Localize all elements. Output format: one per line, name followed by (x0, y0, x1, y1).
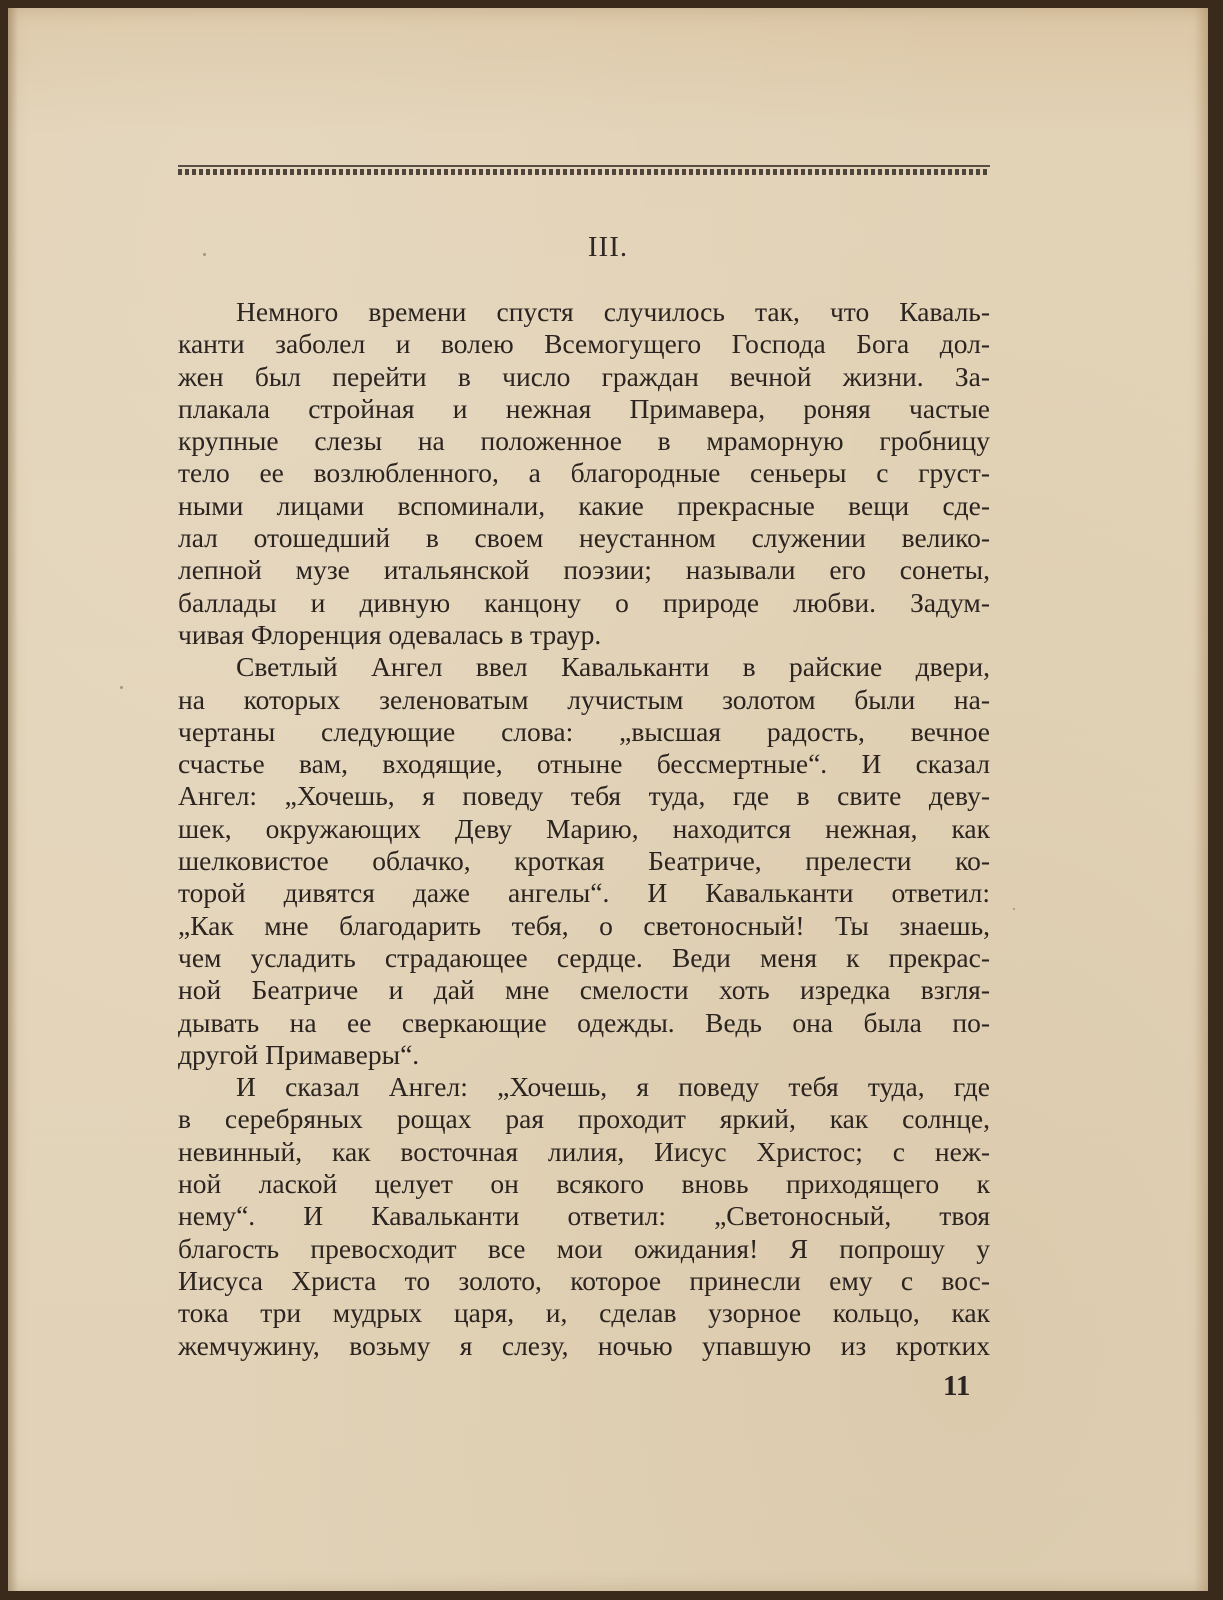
text-line: ной Беатриче и дай мне смелости хоть изр… (178, 974, 990, 1006)
text-line: чивая Флоренция одевалась в траур. (178, 619, 990, 651)
text-line: Светлый Ангел ввел Кавальканти в райские… (178, 651, 990, 683)
text-line: Немного времени спустя случилось так, чт… (178, 296, 990, 328)
text-line: счастье вам, входящие, отныне бессмертны… (178, 748, 990, 780)
page-number: 11 (943, 1370, 970, 1403)
text-line: И сказал Ангел: „Хочешь, я поведу тебя т… (178, 1071, 990, 1103)
text-line: чем усладить страдающее сердце. Веди мен… (178, 942, 990, 974)
text-line: благость превосходит все мои ожидания! Я… (178, 1233, 990, 1265)
text-line: крупные слезы на положенное в мраморную … (178, 425, 990, 457)
text-line: лепной музе итальянской поэзии; называли… (178, 554, 990, 586)
body-text: Немного времени спустя случилось так, чт… (178, 296, 990, 1362)
text-line: тока три мудрых царя, и, сделав узорное … (178, 1297, 990, 1329)
text-line: жен был перейти в число граждан вечной ж… (178, 361, 990, 393)
text-line: лал отошедший в своем неустанном служени… (178, 522, 990, 554)
text-line: чертаны следующие слова: „высшая радость… (178, 716, 990, 748)
chapter-heading: III. (8, 231, 1208, 264)
text-line: плакала стройная и нежная Примавера, рон… (178, 393, 990, 425)
text-line: невинный, как восточная лилия, Иисус Хри… (178, 1136, 990, 1168)
text-line: канти заболел и волею Всемогущего Господ… (178, 328, 990, 360)
text-line: „Как мне благодарить тебя, о светоносный… (178, 910, 990, 942)
decorative-header-rule (178, 165, 990, 176)
text-line: баллады и дивную канцону о природе любви… (178, 587, 990, 619)
text-line: другой Примаверы“. (178, 1039, 990, 1071)
text-line: ными лицами вспоминали, какие прекрасные… (178, 490, 990, 522)
text-line: дывать на ее сверкающие одежды. Ведь она… (178, 1007, 990, 1039)
text-line: шек, окружающих Деву Марию, находится не… (178, 813, 990, 845)
paper-speck (120, 686, 123, 689)
text-line: жемчужину, возьму я слезу, ночью упавшую… (178, 1330, 990, 1362)
text-line: нему“. И Кавальканти ответил: „Светоносн… (178, 1200, 990, 1232)
text-line: тело ее возлюбленного, а благородные сен… (178, 457, 990, 489)
book-page: III. Немного времени спустя случилось та… (8, 8, 1208, 1591)
text-line: шелковистое облачко, кроткая Беатриче, п… (178, 845, 990, 877)
text-line: в серебряных рощах рая проходит яркий, к… (178, 1103, 990, 1135)
text-line: Иисуса Христа то золото, которое принесл… (178, 1265, 990, 1297)
text-line: ной лаской целует он всякого вновь прихо… (178, 1168, 990, 1200)
paper-speck (203, 253, 206, 256)
text-line: на которых зеленоватым лучистым золотом … (178, 684, 990, 716)
text-line: Ангел: „Хочешь, я поведу тебя туда, где … (178, 780, 990, 812)
text-line: торой дивятся даже ангелы“. И Кавалькант… (178, 877, 990, 909)
paper-speck (1013, 908, 1015, 910)
